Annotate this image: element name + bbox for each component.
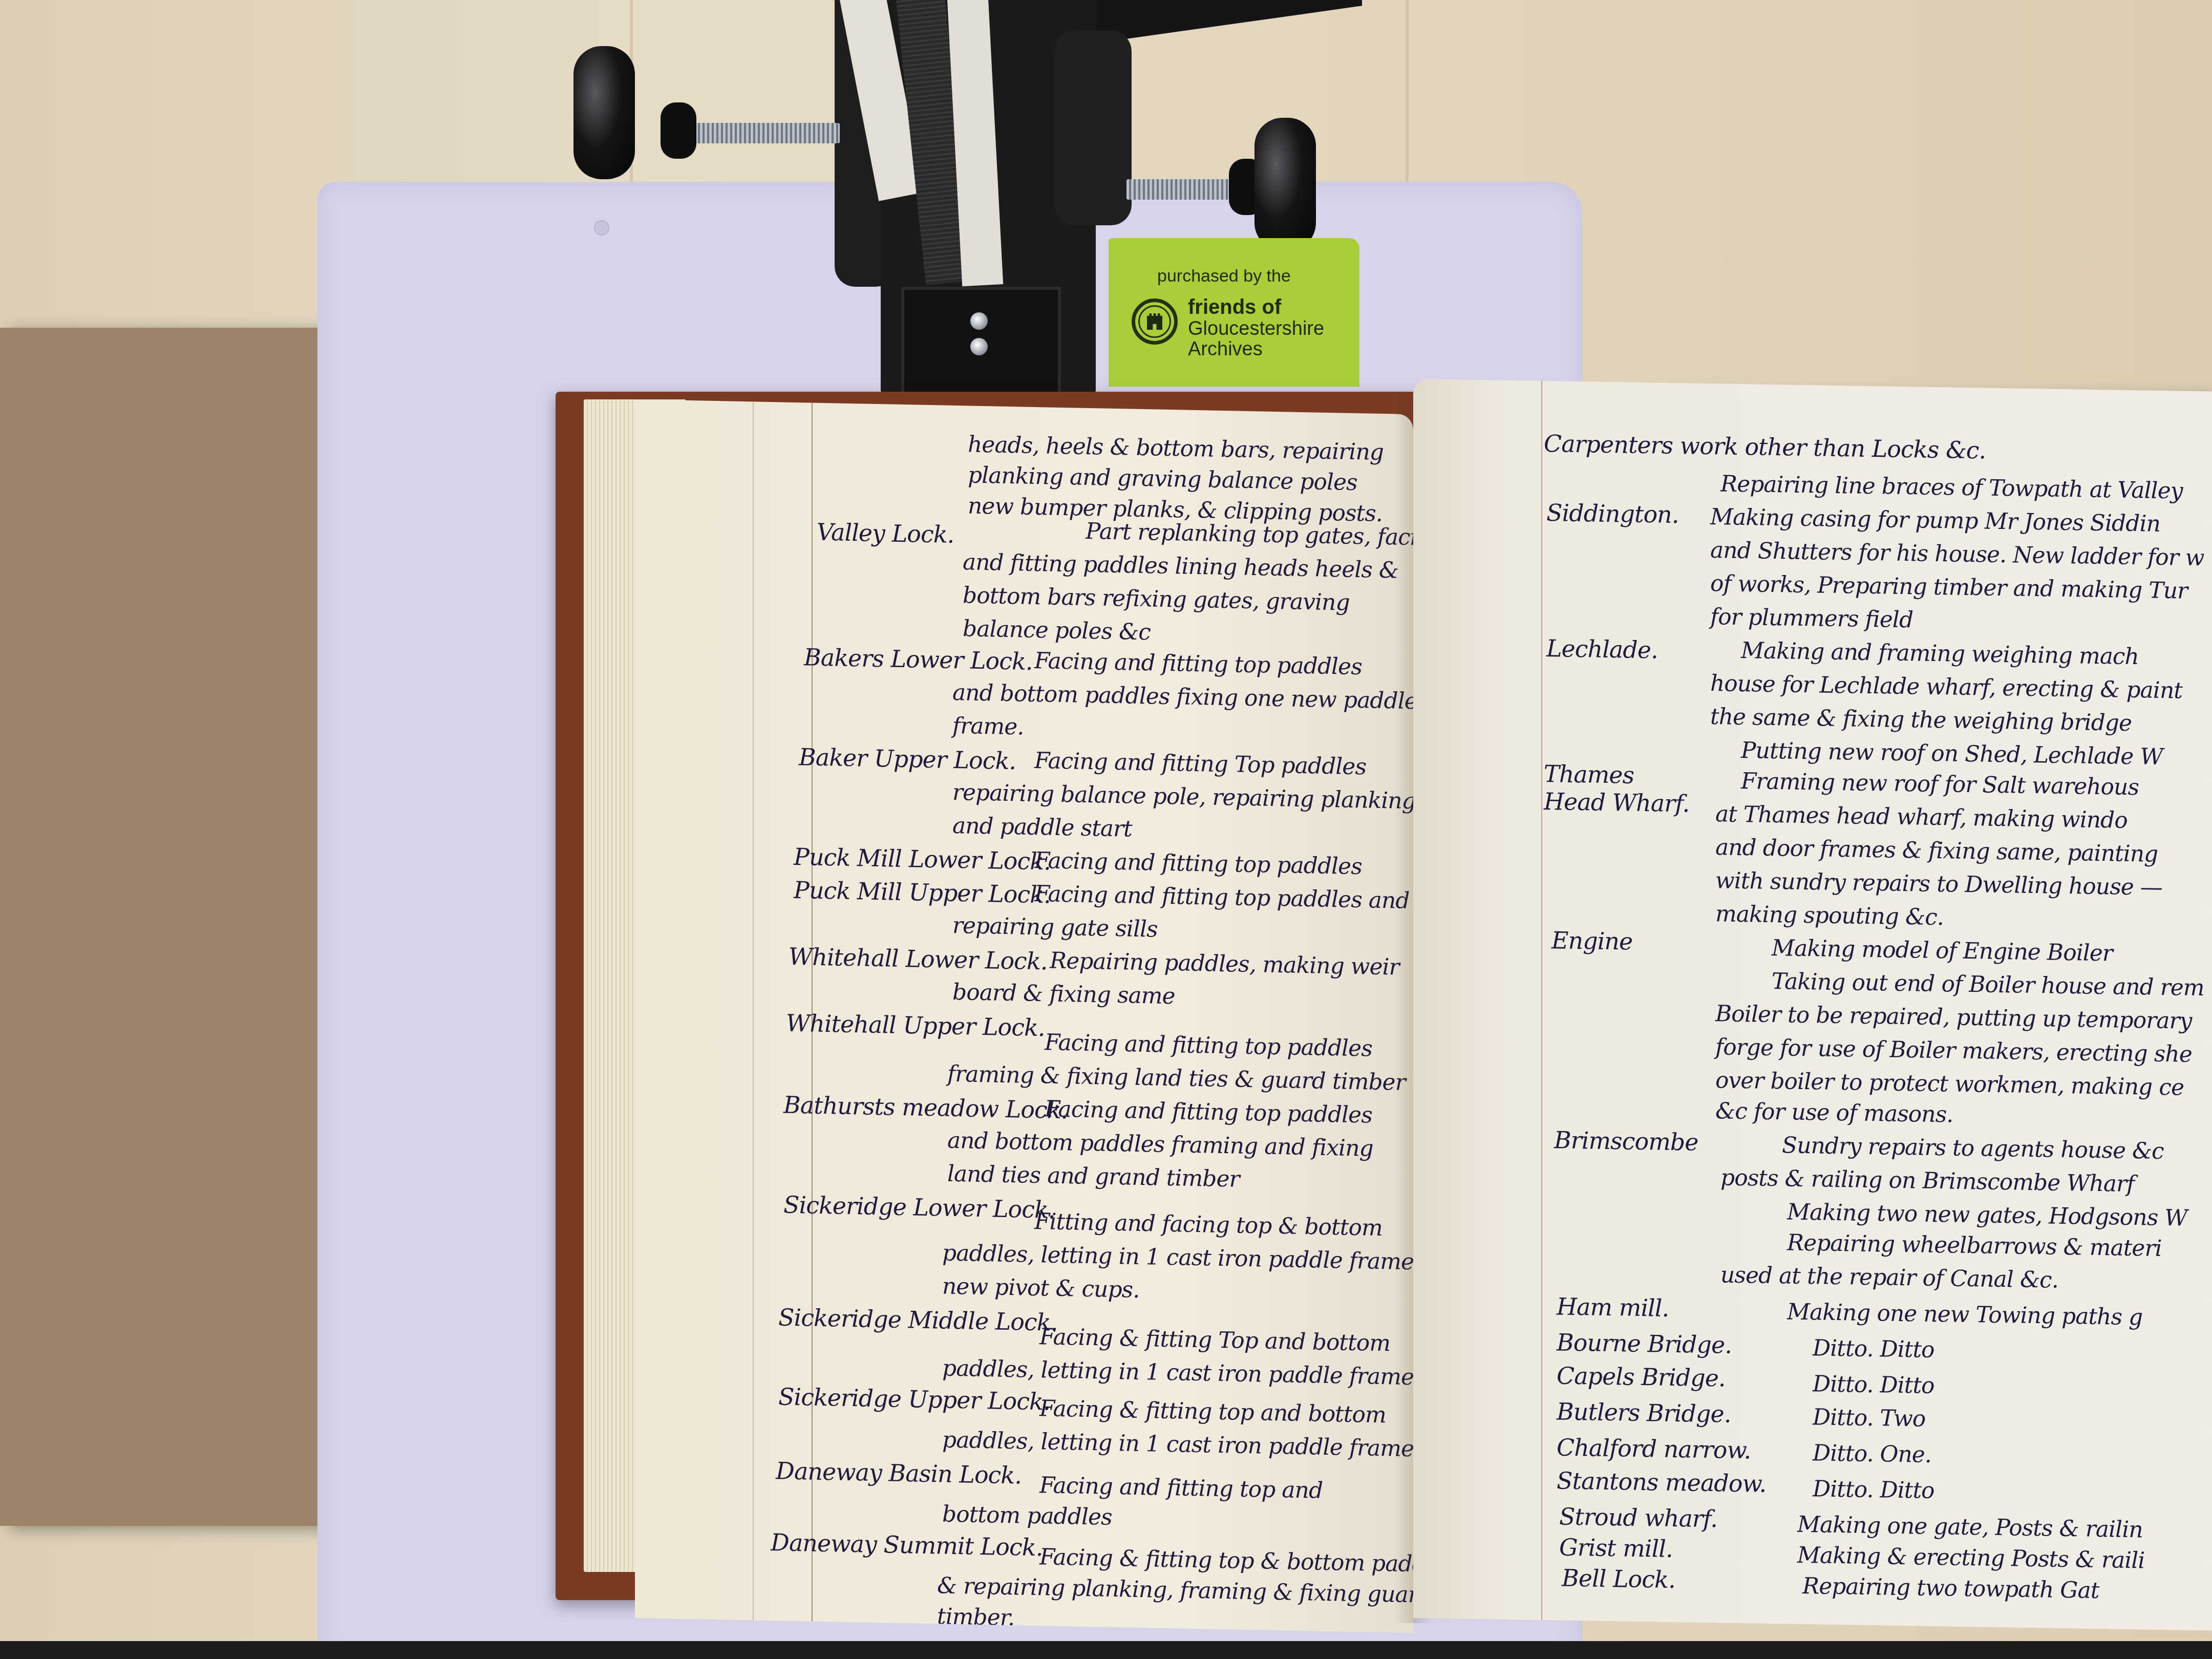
entry-line: and bottom paddles framing and fixing [947,1128,1373,1162]
location-label: Bathursts meadow Lock. [783,1091,1068,1124]
entry-line: and paddle start [952,813,1132,842]
location-label: Baker Upper Lock. [799,743,1016,775]
entry-line: Facing and fitting top paddles [1045,1096,1372,1128]
location-label: Grist mill. [1559,1533,1673,1562]
donor-label: purchased by the friends of Gloucestersh… [1109,238,1359,387]
entry-line: Facing & fitting Top and bottom [1039,1324,1390,1356]
entry-line: Repairing wheelbarrows & materi [1787,1229,2162,1261]
entry-line: Making one gate, Posts & railin [1797,1512,2143,1543]
left-page: heads, heels & bottom bars, repairing pl… [635,399,1413,1633]
entry-line: Making model of Engine Boiler [1772,935,2113,966]
label-friends-text: friends of [1188,297,1281,317]
entry-line: Facing and fitting Top paddles [1034,748,1366,780]
entry-line: and fitting paddles lining heads heels & [963,549,1398,583]
entry-line: Making two new gates, Hodgsons W [1787,1199,2187,1231]
entry-line: Ditto. Ditto [1813,1476,1934,1504]
entry-line: repairing balance pole, repairing planki… [952,779,1413,814]
entry-line: Ditto. Two [1813,1404,1925,1432]
bolt-icon [970,312,988,330]
location-label: Daneway Summit Lock. [771,1528,1043,1561]
location-label: Capels Bridge. [1557,1362,1725,1392]
location-label: Ham mill. [1557,1292,1669,1322]
entry-line: Ditto. Ditto [1813,1335,1934,1363]
entry-line: forge for use of Boiler makers, erecting… [1715,1034,2192,1068]
location-label: Butlers Bridge. [1557,1397,1731,1428]
knob-hub[interactable] [661,102,696,159]
entry-line: &c for use of masons. [1715,1098,1953,1128]
location-label: Bell Lock. [1562,1564,1675,1593]
entry-line: and bottom paddles fixing one new paddle [952,679,1413,714]
entry-line: Repairing paddles, making weir [1050,948,1399,981]
right-page: Carpenters work other than Locks &c. Rep… [1413,379,2212,1631]
entry-line: making spouting &c. [1715,901,1944,930]
castle-seal [1132,299,1178,345]
location-label: Puck Mill Lower Lock. [794,843,1051,876]
location-label: Siddington. [1546,499,1678,528]
location-label: Whitehall Upper Lock. [786,1009,1045,1042]
castle-icon [1147,313,1162,330]
entry-line: over boiler to protect workmen, making c… [1715,1067,2184,1100]
threaded-rod [686,123,840,143]
location-label: Puck Mill Upper Lock. [794,876,1051,909]
entry-line: Ditto. Ditto [1813,1371,1934,1399]
entry-line: posts & railing on Brimscombe Wharf [1720,1164,2134,1197]
entry-line: and Shutters for his house. New ladder f… [1710,537,2204,571]
entry-line: frame. [952,713,1024,740]
location-label: Bakers Lower Lock. [804,643,1033,675]
entry-line: paddles, letting in 1 cast iron paddle f… [942,1427,1413,1462]
location-label: Thames Head Wharf. [1544,760,1697,818]
continuation-line: heads, heels & bottom bars, repairing [968,431,1384,465]
entry-line: for plummers field [1710,604,1913,633]
cardboard-sheet [0,328,353,1526]
margin-rule [1541,381,1542,1620]
entry-line: Facing & fitting top & bottom paddles [1039,1544,1413,1578]
bottom-edge [0,1641,2212,1659]
label-org-text: Archives [1188,339,1263,359]
continuation-line: planking and graving balance poles [968,462,1357,496]
entry-line: the same & fixing the weighing bridge [1710,704,2132,736]
entry-line: Making one new Towing paths g [1787,1299,2142,1330]
entry-line: Facing and fitting top paddles [1045,1029,1372,1061]
location-label: Daneway Basin Lock. [776,1457,1022,1489]
entry-line: Boiler to be repaired, putting up tempor… [1715,1001,2192,1034]
location-label: Stantons meadow. [1557,1466,1766,1497]
entry-line: board & fixing same [952,979,1175,1009]
entry-line: Facing and fitting top paddles [1034,847,1362,880]
entry-line: Part replanking top gates, facing [1086,518,1413,551]
section-heading: Carpenters work other than Locks &c. [1544,430,1986,464]
location-label: Engine [1551,926,1632,955]
entry-line: land ties and grand timber [947,1161,1240,1193]
location-label: Brimscombe [1554,1126,1698,1156]
entry-line: used at the repair of Canal &c. [1720,1262,2058,1293]
entry-line: Taking out end of Boiler house and rem [1772,968,2204,1001]
location-label: Sickeridge Middle Lock. [778,1303,1057,1336]
entry-line: house for Lechlade wharf, erecting & pai… [1710,670,2182,704]
margin-rule [753,401,754,1620]
location-label: Sickeridge Lower Lock. [783,1191,1055,1224]
entry-line: Facing and fitting top and [1039,1472,1323,1504]
screw-hole [594,220,609,236]
location-label: Sickeridge Upper Lock. [778,1382,1050,1415]
entry-line: at Thames head wharf, making windo [1715,801,2128,834]
entry-line: Making and framing weighing mach [1741,637,2139,670]
entry-line: bottom paddles [942,1501,1112,1530]
entry-line: Facing and fitting top paddles and [1034,881,1409,914]
label-purchased-text: purchased by the [1157,266,1291,286]
entry-line: balance poles &c [963,615,1151,645]
entry-line: Ditto. One. [1813,1440,1931,1468]
entry-line: Facing & fitting top and bottom [1039,1395,1386,1428]
entry-line: Repairing two towpath Gat [1802,1573,2099,1604]
entry-line: Putting new roof on Shed, Lechlade W [1741,737,2163,770]
entry-line: Facing and fitting top paddles [1034,648,1362,680]
entry-line: Making casing for pump Mr Jones Siddin [1710,504,2160,537]
location-label: Bourne Bridge. [1557,1328,1732,1358]
entry-line: paddles, letting in 1 cast iron paddle f… [942,1355,1413,1391]
entry-line: Repairing line braces of Towpath at Vall… [1720,471,2183,504]
location-label: Whitehall Lower Lock. [789,943,1047,975]
location-label: Valley Lock. [817,518,954,548]
entry-line: and door frames & fixing same, painting [1715,834,2158,867]
bolt-icon [970,338,988,355]
location-label: Stroud wharf. [1559,1502,1717,1533]
entry-line: with sundry repairs to Dwelling house — [1715,867,2162,901]
location-label: Lechlade. [1546,634,1658,664]
entry-line: Framing new roof for Salt warehous [1741,768,2139,800]
right-clamp-knob[interactable] [1254,118,1316,251]
entry-line: Making & erecting Posts & raili [1797,1542,2144,1574]
entry-line: paddles, letting in 1 cast iron paddle f… [942,1240,1413,1275]
entry-line: Sundry repairs to agents house &c [1782,1132,2164,1164]
location-label: Chalford narrow. [1557,1433,1751,1464]
entry-line: of works, Preparing timber and making Tu… [1710,570,2187,604]
entry-line: repairing gate sills [952,912,1158,943]
entry-line: framing & fixing land ties & guard timbe… [947,1061,1406,1096]
label-org-text: Gloucestershire [1188,319,1324,338]
stand-rail [1055,31,1132,225]
entry-line: Fitting and facing top & bottom [1034,1208,1382,1241]
entry-line: bottom bars refixing gates, graving [963,582,1350,616]
entry-line: new pivot & cups. [942,1273,1139,1303]
entry-line: & repairing planking, framing & fixing g… [937,1572,1413,1608]
left-clamp-knob[interactable] [573,46,635,179]
